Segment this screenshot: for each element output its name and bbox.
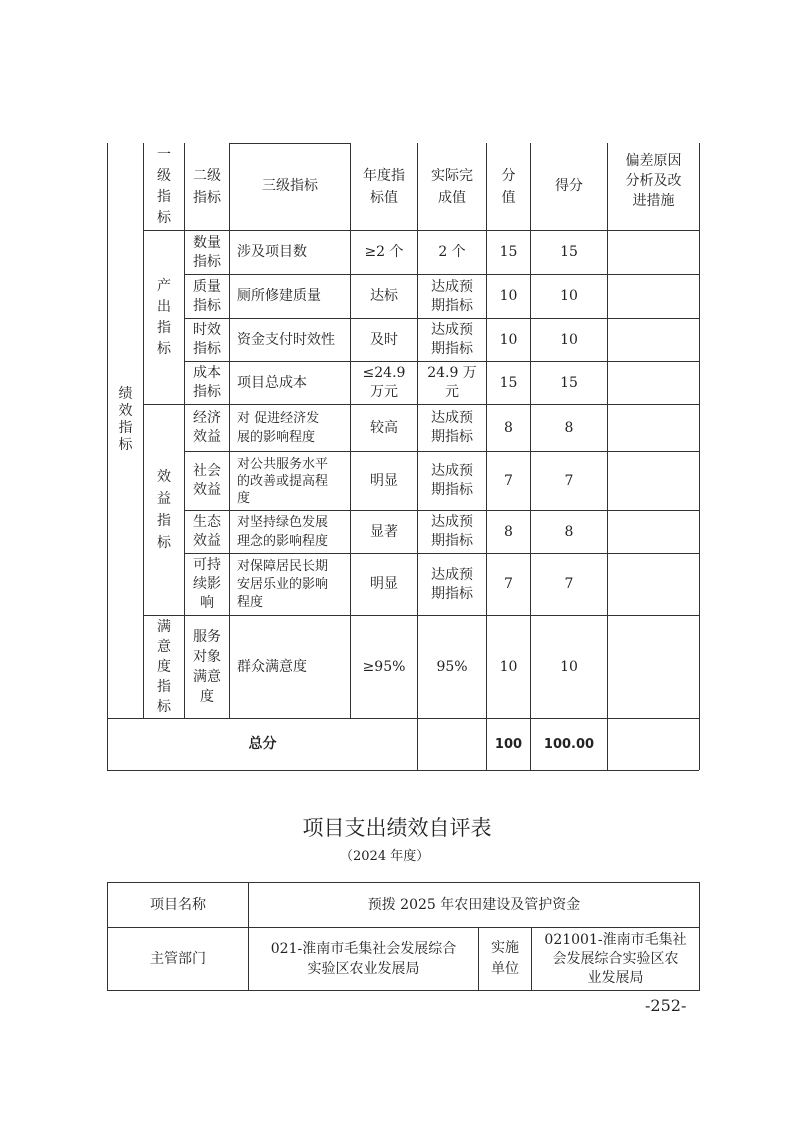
row-level2: 可持 续影 响 bbox=[185, 554, 229, 615]
group-output-label: 产 出 指 标 bbox=[144, 231, 184, 404]
header-deviation: 偏差原因 分析及改 进措施 bbox=[608, 143, 699, 230]
header-annual-target: 年度指 标值 bbox=[351, 143, 417, 230]
row-level3: 涉及项目数 bbox=[230, 231, 350, 274]
row-level2: 质量 指标 bbox=[185, 275, 229, 318]
row-deviation bbox=[608, 616, 699, 718]
row-score: 8 bbox=[531, 511, 607, 553]
group-benefit-label: 效 益 指 标 bbox=[144, 405, 184, 615]
row-level3: 对坚持绿色发展 理念的影响程度 bbox=[230, 511, 350, 553]
row-level3: 项目总成本 bbox=[230, 362, 350, 404]
row-deviation bbox=[608, 405, 699, 451]
row-score: 15 bbox=[531, 231, 607, 274]
row-weight: 8 bbox=[487, 511, 530, 553]
row-weight: 10 bbox=[487, 275, 530, 318]
total-weight: 100 bbox=[487, 719, 530, 770]
row-level2: 经济 效益 bbox=[185, 405, 229, 451]
header-level1: 一 级 指 标 bbox=[144, 143, 184, 230]
row-deviation bbox=[608, 362, 699, 404]
row-target: ≥2 个 bbox=[351, 231, 417, 274]
row-target: 明显 bbox=[351, 554, 417, 615]
page-number: -252- bbox=[645, 996, 686, 1015]
header-weight: 分 值 bbox=[487, 143, 530, 230]
row-level3: 资金支付时效性 bbox=[230, 319, 350, 361]
header-level2: 二级 指标 bbox=[185, 143, 229, 230]
row-score: 8 bbox=[531, 405, 607, 451]
row-weight: 7 bbox=[487, 452, 530, 510]
row-score: 7 bbox=[531, 554, 607, 615]
row-actual: 达成预 期指标 bbox=[418, 554, 486, 615]
row-level2: 社会 效益 bbox=[185, 452, 229, 510]
total-score: 100.00 bbox=[531, 719, 607, 770]
row-weight: 15 bbox=[487, 362, 530, 404]
row-deviation bbox=[608, 511, 699, 553]
row-deviation bbox=[608, 231, 699, 274]
outer-category-label: 绩 效 指 标 bbox=[108, 380, 143, 460]
row-level2: 数量 指标 bbox=[185, 231, 229, 274]
row-deviation bbox=[608, 452, 699, 510]
row-actual: 2 个 bbox=[418, 231, 486, 274]
form-title: 项目支出绩效自评表 bbox=[0, 812, 794, 842]
row-target: 及时 bbox=[351, 319, 417, 361]
row-deviation bbox=[608, 275, 699, 318]
row-score: 10 bbox=[531, 616, 607, 718]
row-weight: 10 bbox=[487, 616, 530, 718]
header-score: 得分 bbox=[531, 143, 607, 230]
row-weight: 8 bbox=[487, 405, 530, 451]
row-target: ≤24.9 万元 bbox=[351, 362, 417, 404]
row-level2: 时效 指标 bbox=[185, 319, 229, 361]
row-actual: 达成预 期指标 bbox=[418, 511, 486, 553]
impl-unit-value: 021001-淮南市毛集社 会发展综合实验区农 业发展局 bbox=[532, 928, 699, 990]
impl-unit-label: 实施 单位 bbox=[479, 928, 531, 990]
row-target: 较高 bbox=[351, 405, 417, 451]
row-target: ≥95% bbox=[351, 616, 417, 718]
row-level3: 群众满意度 bbox=[230, 616, 350, 718]
project-name-label: 项目名称 bbox=[108, 883, 248, 927]
row-level3: 对 促进经济发 展的影响程度 bbox=[230, 405, 350, 451]
row-actual: 达成预 期指标 bbox=[418, 275, 486, 318]
row-actual: 95% bbox=[418, 616, 486, 718]
row-score: 10 bbox=[531, 275, 607, 318]
row-score: 15 bbox=[531, 362, 607, 404]
row-level2: 服务 对象 满意 度 bbox=[185, 616, 229, 718]
row-score: 7 bbox=[531, 452, 607, 510]
header-actual: 实际完 成值 bbox=[418, 143, 486, 230]
row-score: 10 bbox=[531, 319, 607, 361]
total-label: 总分 bbox=[108, 719, 417, 770]
row-level2: 生态 效益 bbox=[185, 511, 229, 553]
row-level3: 对公共服务水平 的改善或提高程 度 bbox=[230, 452, 350, 510]
total-actual bbox=[418, 719, 486, 770]
row-deviation bbox=[608, 554, 699, 615]
row-actual: 达成预 期指标 bbox=[418, 452, 486, 510]
row-weight: 10 bbox=[487, 319, 530, 361]
header-level3: 三级指标 bbox=[230, 143, 350, 230]
dept-label: 主管部门 bbox=[108, 928, 248, 990]
total-deviation bbox=[608, 719, 699, 770]
row-level3: 厕所修建质量 bbox=[230, 275, 350, 318]
form-subtitle: （2024 年度） bbox=[340, 845, 429, 864]
row-level3: 对保障居民长期 安居乐业的影响 程度 bbox=[230, 554, 350, 615]
row-target: 明显 bbox=[351, 452, 417, 510]
dept-value: 021-淮南市毛集社会发展综合 实验区农业发展局 bbox=[249, 928, 478, 990]
row-target: 达标 bbox=[351, 275, 417, 318]
row-deviation bbox=[608, 319, 699, 361]
row-weight: 7 bbox=[487, 554, 530, 615]
row-level2: 成本 指标 bbox=[185, 362, 229, 404]
group-satisfaction-label: 满 意 度 指 标 bbox=[144, 616, 184, 718]
row-actual: 达成预 期指标 bbox=[418, 319, 486, 361]
row-actual: 24.9 万 元 bbox=[418, 362, 486, 404]
project-name-value: 预拨 2025 年农田建设及管护资金 bbox=[249, 883, 699, 927]
row-weight: 15 bbox=[487, 231, 530, 274]
row-target: 显著 bbox=[351, 511, 417, 553]
row-actual: 达成预 期指标 bbox=[418, 405, 486, 451]
